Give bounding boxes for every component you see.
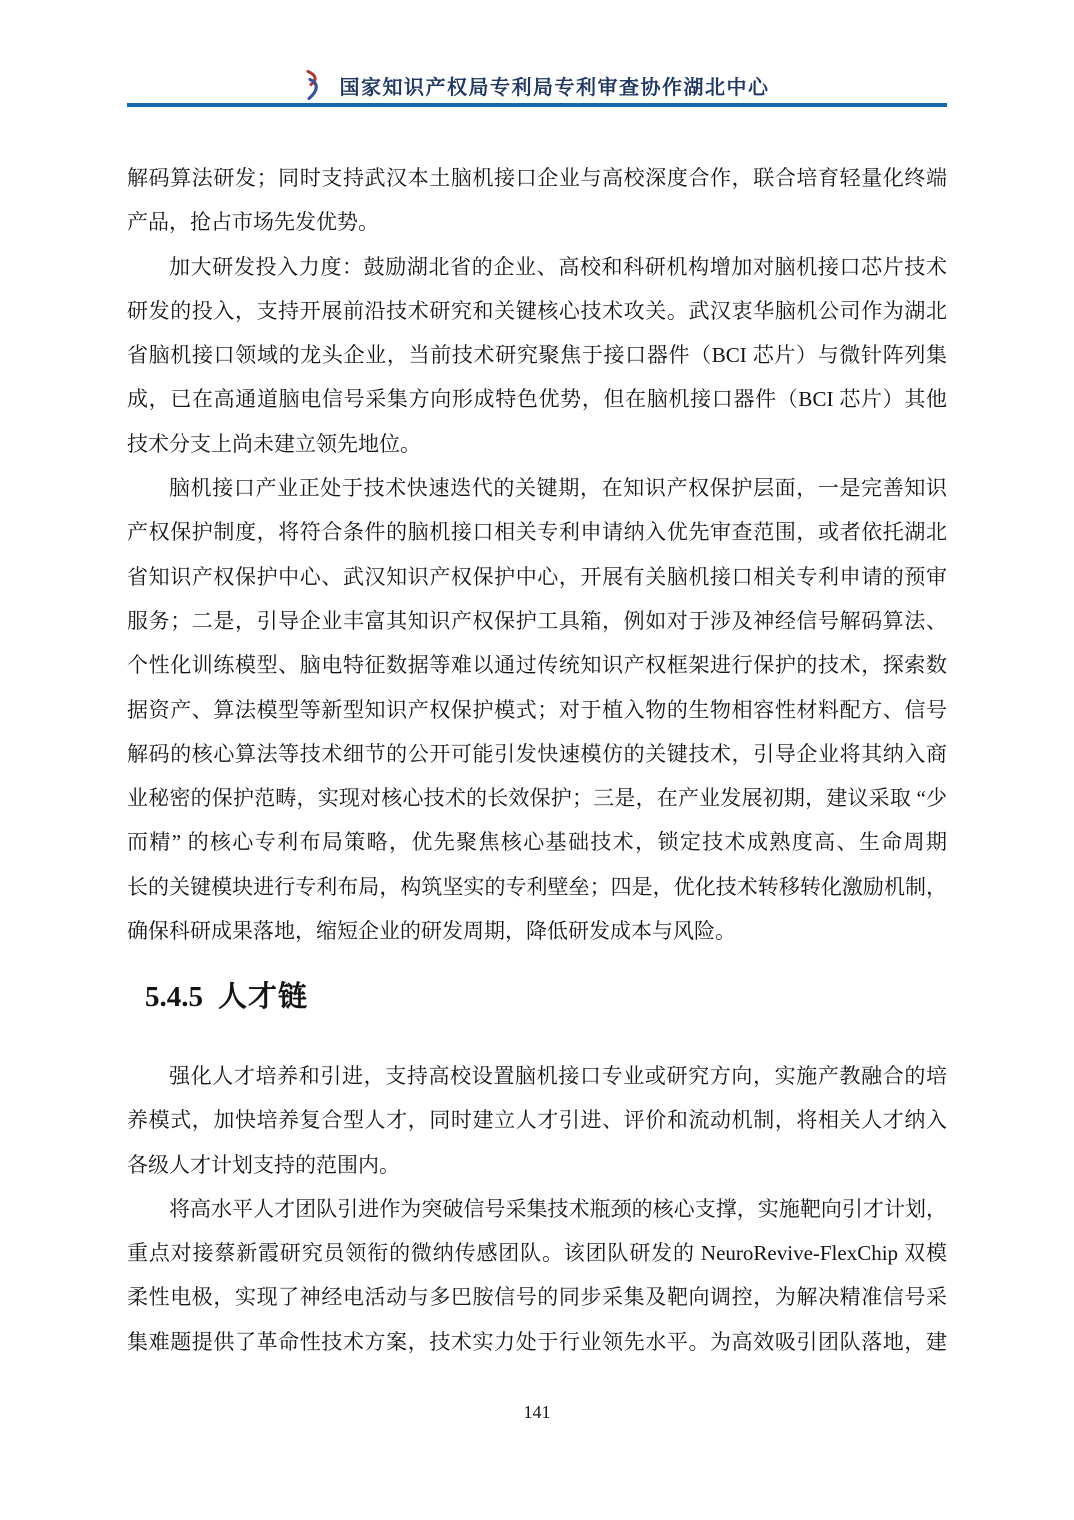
body-line: 省知识产权保护中心、武汉知识产权保护中心，开展有关脑机接口相关专利申请的预审: [127, 555, 947, 599]
body-line: 产品，抢占市场先发优势。: [127, 200, 947, 244]
body-line: 成，已在高通道脑电信号采集方向形成特色优势，但在脑机接口器件（BCI 芯片）其他: [127, 377, 947, 421]
body-line: 解码算法研发；同时支持武汉本土脑机接口企业与高校深度合作，联合培育轻量化终端: [127, 156, 947, 200]
body-text-block-2: 强化人才培养和引进，支持高校设置脑机接口专业或研究方向，实施产教融合的培 养模式…: [127, 1054, 947, 1364]
page-number: 141: [0, 1399, 1074, 1425]
body-line: 解码的核心算法等技术细节的公开可能引发快速模仿的关键技术，引导企业将其纳入商: [127, 732, 947, 776]
header-org-title: 国家知识产权局专利局专利审查协作湖北中心: [340, 71, 770, 100]
body-line: 各级人才计划支持的范围内。: [127, 1143, 947, 1187]
body-line: 柔性电极，实现了神经电活动与多巴胺信号的同步采集及靶向调控，为解决精准信号采: [127, 1275, 947, 1319]
body-line: 长的关键模块进行专利布局，构筑坚实的专利壁垒；四是，优化技术转移转化激励机制，: [127, 865, 947, 909]
section-heading: 5.4.5人才链: [127, 978, 965, 1016]
document-page: 国家知识产权局专利局专利审查协作湖北中心 解码算法研发；同时支持武汉本土脑机接口…: [0, 0, 1074, 1520]
body-line: 个性化训练模型、脑电特征数据等难以通过传统知识产权框架进行保护的技术，探索数: [127, 643, 947, 687]
body-line: 而精” 的核心专利布局策略，优先聚焦核心基础技术，锁定技术成熟度高、生命周期: [127, 820, 947, 864]
body-line: 集难题提供了革命性技术方案，技术实力处于行业领先水平。为高效吸引团队落地，建: [127, 1320, 947, 1364]
body-line: 重点对接蔡新霞研究员领衔的微纳传感团队。该团队研发的 NeuroRevive-F…: [127, 1231, 947, 1275]
body-line: 脑机接口产业正处于技术快速迭代的关键期，在知识产权保护层面，一是完善知识: [127, 466, 947, 510]
body-line: 服务；二是，引导企业丰富其知识产权保护工具箱，例如对于涉及神经信号解码算法、: [127, 599, 947, 643]
page-header: 国家知识产权局专利局专利审查协作湖北中心: [0, 68, 1074, 102]
section-number: 5.4.5: [145, 981, 203, 1013]
body-line: 养模式，加快培养复合型人才，同时建立人才引进、评价和流动机制，将相关人才纳入: [127, 1098, 947, 1142]
header-divider-rule: [127, 103, 947, 107]
body-line: 业秘密的保护范畴，实现对核心技术的长效保护；三是，在产业发展初期，建议采取 “少: [127, 776, 947, 820]
body-text-block-1: 解码算法研发；同时支持武汉本土脑机接口企业与高校深度合作，联合培育轻量化终端 产…: [127, 156, 947, 953]
section-title: 人才链: [218, 981, 308, 1013]
body-line: 确保科研成果落地，缩短企业的研发周期，降低研发成本与风险。: [127, 909, 947, 953]
org-logo-icon: [305, 70, 321, 100]
body-line: 省脑机接口领域的龙头企业，当前技术研究聚焦于接口器件（BCI 芯片）与微针阵列集: [127, 333, 947, 377]
body-line: 强化人才培养和引进，支持高校设置脑机接口专业或研究方向，实施产教融合的培: [127, 1054, 947, 1098]
body-line: 技术分支上尚未建立领先地位。: [127, 422, 947, 466]
body-line: 将高水平人才团队引进作为突破信号采集技术瓶颈的核心支撑，实施靶向引才计划，: [127, 1187, 947, 1231]
body-line: 研发的投入，支持开展前沿技术研究和关键核心技术攻关。武汉衷华脑机公司作为湖北: [127, 289, 947, 333]
body-line: 产权保护制度，将符合条件的脑机接口相关专利申请纳入优先审查范围，或者依托湖北: [127, 510, 947, 554]
body-line: 加大研发投入力度：鼓励湖北省的企业、高校和科研机构增加对脑机接口芯片技术: [127, 245, 947, 289]
body-line: 据资产、算法模型等新型知识产权保护模式；对于植入物的生物相容性材料配方、信号: [127, 688, 947, 732]
